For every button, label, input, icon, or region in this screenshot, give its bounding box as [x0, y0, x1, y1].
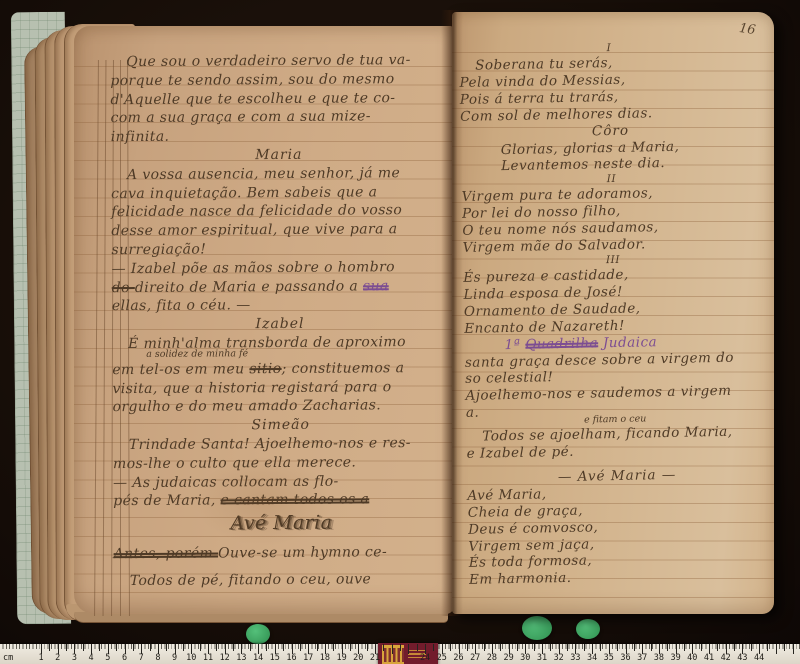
manuscript-line: a solidez de minha fé — [146, 348, 482, 357]
text-segment: III — [606, 254, 620, 266]
text-segment: A vossa ausencia, meu senhor, já me — [127, 165, 400, 183]
text-segment: Côro — [592, 122, 629, 139]
text-segment: so celestial! — [465, 370, 553, 388]
ruler-number: 44 — [754, 653, 764, 663]
ruler-tick — [99, 644, 100, 651]
text-segment: mos-lhe o culto que ella merece. — [113, 454, 356, 472]
ruler-number: 30 — [520, 653, 530, 663]
text-segment: Que sou o verdadeiro servo de tua va- — [126, 52, 411, 70]
ruler-tick — [200, 644, 201, 651]
manuscript-photo: Que sou o verdadeiro servo de tua va-por… — [0, 0, 800, 664]
ruler-tick — [776, 644, 777, 654]
text-segment: pés de Maria, — [113, 493, 220, 510]
green-pad — [576, 619, 600, 639]
ruler-tick — [467, 644, 468, 651]
ruler-tick — [133, 644, 134, 651]
ruler-unit-label: cm — [3, 653, 13, 663]
text-segment: e Izabel de pé. — [467, 444, 575, 462]
ruler-number: 19 — [336, 653, 346, 663]
manuscript-line: Antes, porém Ouve-se um hymno ce- — [114, 543, 450, 564]
ruler-tick — [651, 644, 652, 651]
text-segment: — As judaicas collocam as flo- — [113, 473, 339, 491]
manuscript-line: — Izabel põe as mãos sobre o hombro — [112, 258, 448, 279]
text-segment: sitio — [249, 361, 281, 377]
text-segment: Virgem pura te adoramos, — [462, 186, 654, 206]
text-segment: Simeão — [251, 417, 310, 433]
ruler-tick — [383, 644, 384, 651]
ruler-number: 7 — [139, 653, 144, 663]
ruler-number: 42 — [721, 653, 731, 663]
text-segment: visita, que a historia registará para o — [112, 379, 391, 397]
ruler-tick — [450, 644, 451, 651]
ruler-number: 1 — [38, 653, 43, 663]
ruler-number: 31 — [537, 653, 547, 663]
page-number: 16 — [738, 21, 756, 38]
manuscript-line: Avé Maria — [113, 509, 449, 537]
manuscript-line: Que sou o verdadeiro servo de tua va- — [110, 51, 446, 72]
text-segment: a solidez de minha fé — [146, 348, 248, 360]
manuscript-line: felicidade nasce da felicidade do vosso — [111, 201, 447, 222]
right-page: 16 ISoberana tu serás,Pela vinda do Mess… — [452, 12, 774, 614]
ruler-number: 5 — [105, 653, 110, 663]
ruler-number: 41 — [704, 653, 714, 663]
ruler-tick — [717, 644, 718, 651]
ruler-tick — [534, 644, 535, 651]
ruler-number: 4 — [89, 653, 94, 663]
manuscript-line: cava inquietação. Bem sabeis que a — [111, 182, 447, 203]
ruler-tick — [150, 644, 151, 651]
left-page-text: Que sou o verdadeiro servo de tua va-por… — [110, 51, 450, 591]
text-segment: Virgem sem jaça, — [468, 536, 594, 554]
text-segment: a. — [466, 405, 480, 421]
text-segment: em tel-os em meu — [112, 361, 249, 378]
manuscript-line: em tel-os em meu sitio; constituemos a — [112, 359, 448, 380]
green-pad — [246, 624, 270, 644]
text-segment: Maria — [255, 147, 302, 163]
ruler-number: 40 — [687, 653, 697, 663]
manuscript-line: desse amor espiritual, que vive para a — [111, 220, 447, 241]
ruler-tick — [216, 644, 217, 651]
ruler-number: 10 — [186, 653, 196, 663]
ruler-number: 9 — [172, 653, 177, 663]
ruler-tick — [333, 644, 334, 651]
text-segment: Levantemos neste dia. — [501, 155, 665, 174]
ruler-tick — [350, 644, 351, 651]
text-segment: — Izabel põe as mãos sobre o hombro — [112, 259, 395, 277]
manuscript-line: visita, que a historia registará para o — [112, 377, 448, 398]
text-segment: Pela vinda do Messias, — [459, 72, 625, 91]
text-segment: I — [606, 42, 611, 54]
ruler-tick — [484, 644, 485, 651]
ruler-tick — [116, 644, 117, 651]
ruler-tick — [584, 644, 585, 651]
ruler-tick — [233, 644, 234, 651]
text-segment: — Avé Maria — — [558, 467, 677, 485]
ruler-tick — [550, 644, 551, 651]
manuscript-line: Izabel — [112, 314, 448, 335]
text-segment: Judaica — [598, 334, 657, 351]
ruler-tick — [317, 644, 318, 651]
ruler-tick — [183, 644, 184, 651]
ruler-number: 24 — [420, 653, 430, 663]
ruler-number: 36 — [620, 653, 630, 663]
ruler-tick — [250, 644, 251, 651]
text-segment: És pureza e castidade, — [463, 267, 629, 286]
ruler-number: 16 — [286, 653, 296, 663]
manuscript-line: infinita. — [111, 126, 447, 147]
manuscript-line: mos-lhe o culto que ella merece. — [113, 453, 449, 474]
ruler-number: 27 — [470, 653, 480, 663]
manuscript-line: A vossa ausencia, meu senhor, já me — [111, 164, 447, 185]
ruler-number: 13 — [236, 653, 246, 663]
text-segment: Cheia de graça, — [468, 502, 583, 520]
ruler-number: 32 — [554, 653, 564, 663]
right-page-text: ISoberana tu serás,Pela vinda do Messias… — [459, 39, 769, 589]
text-segment: És toda formosa, — [469, 553, 593, 571]
ruler-number: 3 — [72, 653, 77, 663]
ruler-tick — [83, 644, 84, 651]
text-segment: Izabel — [255, 316, 304, 332]
ruler-tick — [567, 644, 568, 651]
text-segment: porque te sendo assim, sou do mesmo — [110, 71, 394, 89]
ruler-number: 6 — [122, 653, 127, 663]
ruler-number: 25 — [437, 653, 447, 663]
text-segment: ; constituemos a — [282, 360, 405, 377]
ruler-tick — [300, 644, 301, 651]
ruler-number: 33 — [570, 653, 580, 663]
ruler-tick — [784, 644, 785, 651]
ruler-number: 15 — [270, 653, 280, 663]
text-segment: Antes, porém — [114, 546, 219, 563]
ruler-number: 2 — [55, 653, 60, 663]
ruler-tick — [634, 644, 635, 651]
manuscript-line: Trindade Santa! Ajoelhemo-nos e res- — [113, 434, 449, 455]
text-segment: Em harmonia. — [469, 570, 572, 588]
left-page: Que sou o verdadeiro servo de tua va-por… — [74, 26, 454, 614]
text-segment: e cantam todos os a — [220, 492, 369, 509]
ruler-tick — [392, 644, 393, 654]
ruler-number: 37 — [637, 653, 647, 663]
text-segment: Todos de pé, fitando o ceu, ouve — [130, 571, 372, 589]
manuscript-line: ellas, fita o céu. — — [112, 295, 448, 316]
text-segment: orgulho e do meu amado Zacharias. — [113, 398, 382, 416]
text-segment: do — [112, 280, 135, 296]
green-pad — [522, 616, 552, 640]
text-segment: 1ª — [504, 336, 525, 352]
book-gutter-shadow — [441, 10, 463, 616]
ruler-tick — [793, 644, 794, 654]
manuscript-line: do direito de Maria e passando a sua — [112, 276, 448, 297]
ruler-tick — [367, 644, 368, 651]
ruler-tick — [617, 644, 618, 651]
ruler-number: 11 — [203, 653, 213, 663]
text-segment: II — [607, 173, 617, 185]
text-segment: Ouve-se um hymno ce- — [218, 544, 387, 561]
text-segment: Linda esposa de José! — [463, 284, 622, 303]
text-segment: d'Aquelle que te escolheu e que te co- — [110, 90, 395, 108]
text-segment: Avé Maria, — [467, 486, 546, 504]
text-segment: e fitam o ceu — [584, 414, 646, 426]
manuscript-line: orgulho e do meu amado Zacharias. — [113, 396, 449, 417]
ruler-tick — [767, 644, 768, 651]
text-segment: cava inquietação. Bem sabeis que a — [111, 184, 377, 202]
text-segment: Trindade Santa! Ajoelhemo-nos e res- — [129, 435, 411, 453]
ruler-number: 34 — [587, 653, 597, 663]
ruler-number: 39 — [670, 653, 680, 663]
text-segment: Encanto de Nazareth! — [464, 317, 625, 336]
ruler-tick — [433, 644, 434, 651]
manuscript-line: Todos de pé, fitando o ceu, ouve — [114, 570, 450, 591]
ruler-tick — [667, 644, 668, 651]
ruler-tick — [751, 644, 752, 651]
ruler-tick — [266, 644, 267, 651]
ruler-tick — [417, 644, 418, 651]
ruler-number: 35 — [604, 653, 614, 663]
ruler-tick — [400, 644, 401, 651]
text-segment: direito de Maria e passando a — [135, 278, 363, 296]
text-segment: Avé Maria — [230, 512, 332, 535]
ruler-tick — [600, 644, 601, 651]
text-segment: surregiação! — [111, 241, 206, 258]
ruler-tick — [66, 644, 67, 651]
text-segment: infinita. — [111, 129, 170, 145]
ruler-number: 14 — [253, 653, 263, 663]
ruler-number: 21 — [370, 653, 380, 663]
text-segment: Por lei do nosso filho, — [462, 203, 621, 222]
ruler-tick — [49, 644, 50, 651]
ruler-tick — [500, 644, 501, 651]
text-segment: Deus é comvosco, — [468, 519, 598, 537]
text-segment: desse amor espiritual, que vive para a — [111, 221, 397, 239]
ruler-number: 29 — [503, 653, 513, 663]
manuscript-line: pés de Maria, e cantam todos os a — [113, 490, 449, 511]
text-segment: com a sua graça e com a sua mize- — [111, 109, 371, 127]
ruler-number: 18 — [320, 653, 330, 663]
ruler-number: 20 — [353, 653, 363, 663]
ruler: cm 1234567891011121314151617181920212425… — [0, 644, 800, 664]
manuscript-line: com a sua graça e com a sua mize- — [111, 107, 447, 128]
text-segment: Soberana tu serás, — [475, 55, 613, 74]
ruler-number: 38 — [654, 653, 664, 663]
ruler-tick — [701, 644, 702, 651]
text-segment: sua — [363, 278, 389, 294]
text-segment: ellas, fita o céu. — — [112, 298, 251, 315]
ruler-tick — [408, 644, 409, 654]
ruler-number: 8 — [155, 653, 160, 663]
ruler-number: 17 — [303, 653, 313, 663]
ruler-tick — [734, 644, 735, 651]
manuscript-line: porque te sendo assim, sou do mesmo — [110, 70, 446, 91]
manuscript-line: surregiação! — [111, 239, 447, 260]
ruler-number: 26 — [453, 653, 463, 663]
ruler-number: 12 — [220, 653, 230, 663]
ruler-number: 43 — [737, 653, 747, 663]
manuscript-line: Maria — [111, 145, 447, 166]
ruler-number: 28 — [487, 653, 497, 663]
ruler-tick — [684, 644, 685, 651]
text-segment: Quadrilha — [525, 335, 598, 352]
text-segment: Pois á terra tu trarás, — [460, 89, 619, 108]
manuscript-line: d'Aquelle que te escolheu e que te co- — [110, 88, 446, 109]
text-segment: felicidade nasce da felicidade do vosso — [111, 203, 402, 221]
ruler-tick — [517, 644, 518, 651]
manuscript-line: Simeão — [113, 415, 449, 436]
ruler-tick — [283, 644, 284, 651]
ruler-tick — [166, 644, 167, 651]
manuscript-line: — As judaicas collocam as flo- — [113, 471, 449, 492]
